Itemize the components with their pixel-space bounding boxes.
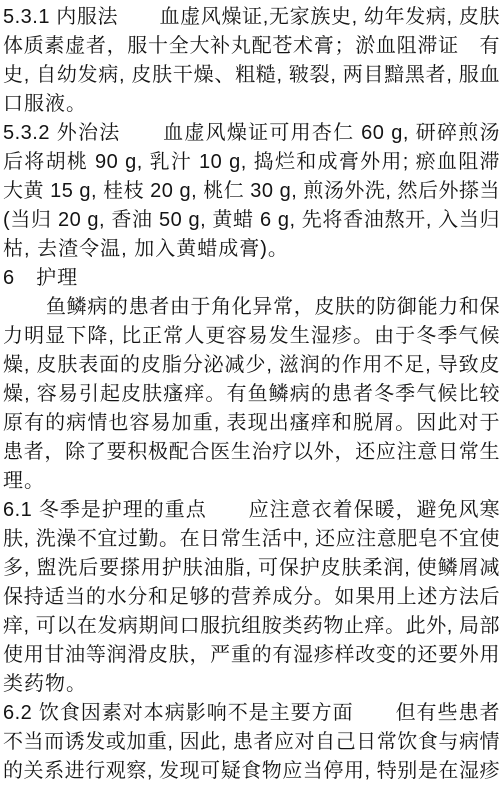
text-line: 6.2 饮食因素对本病影响不是主要方面 但有些患者因饮食 <box>3 699 500 728</box>
text-line: 5.3.2 外治法 血虚风燥证可用杏仁 60 g, 研碎煎汤外洗, 然 <box>3 119 500 148</box>
document-page: 5.3.1 内服法 血虚风燥证,无家族史, 幼年发病, 皮肤干燥,体质素虚者，服… <box>0 0 504 785</box>
text-line: 口服液。 <box>3 90 500 119</box>
text-line: 后将胡桃 90 g, 乳汁 10 g, 捣烂和成膏外用; 瘀血阻滞证可用 <box>3 148 500 177</box>
text-line: 大黄 15 g, 桂枝 20 g, 桃仁 30 g, 煎汤外洗, 然后外搽当归膏 <box>3 177 500 206</box>
text-line: 6.1 冬季是护理的重点 应注意衣着保暖，避免风寒刺激皮 <box>3 496 500 525</box>
text-line: 多, 盥洗后要搽用护肤油脂, 可保护皮肤柔润, 使鳞屑减少, 并 <box>3 554 500 583</box>
text-line: 肤, 洗澡不宜过勤。在日常生活中, 还应注意肥皂不宜使用过 <box>3 525 500 554</box>
text-line: 燥, 容易引起皮肤瘙痒。有鱼鳞病的患者冬季气候比较干燥时 <box>3 380 500 409</box>
text-line: 类药物。 <box>3 670 500 699</box>
document-lines: 5.3.1 内服法 血虚风燥证,无家族史, 幼年发病, 皮肤干燥,体质素虚者，服… <box>0 0 504 785</box>
text-line: 原有的病情也容易加重, 表现出瘙痒和脱屑。因此对于鱼鳞病 <box>3 409 500 438</box>
text-line: (当归 20 g, 香油 50 g, 黄蜡 6 g, 先将香油熬开, 入当归煎至… <box>3 206 500 235</box>
text-line: 力明显下降, 比正常人更容易发生湿疹。由于冬季气候比较干 <box>3 322 500 351</box>
text-line: 5.3.1 内服法 血虚风燥证,无家族史, 幼年发病, 皮肤干燥, <box>3 3 500 32</box>
text-line: 理。 <box>3 467 500 496</box>
text-line: 患者，除了要积极配合医生治疗以外，还应注意日常生活护 <box>3 438 500 467</box>
text-line: 痒, 可以在发病期间口服抗组胺类药物止痒。此外, 局部可以 <box>3 612 500 641</box>
text-line: 体质素虚者，服十全大补丸配苍术膏；淤血阻滞证 有家族 <box>3 32 500 61</box>
text-line: 枯, 去渣令温, 加入黄蜡成膏)。 <box>3 235 500 264</box>
text-line: 不当而诱发或加重, 因此, 患者应对自己日常饮食与病情发展 <box>3 728 500 757</box>
text-line: 的关系进行观察, 发现可疑食物应当停用, 特别是在湿疹发作 <box>3 757 500 785</box>
section-heading: 6 护理 <box>3 264 500 293</box>
text-line: 燥, 皮肤表面的皮脂分泌减少, 滋润的作用不足, 导致皮肤干 <box>3 351 500 380</box>
text-line: 使用甘油等润滑皮肤，严重的有湿疹样改变的还要外用激素 <box>3 641 500 670</box>
text-line: 史, 自幼发病, 皮肤干燥、粗糙, 皲裂, 两目黯黑者, 服血府逐淤 <box>3 61 500 90</box>
text-line: 保持适当的水分和足够的营养成分。如果用上述方法后还瘙 <box>3 583 500 612</box>
text-line: 鱼鳞病的患者由于角化异常，皮肤的防御能力和保湿能 <box>3 293 500 322</box>
